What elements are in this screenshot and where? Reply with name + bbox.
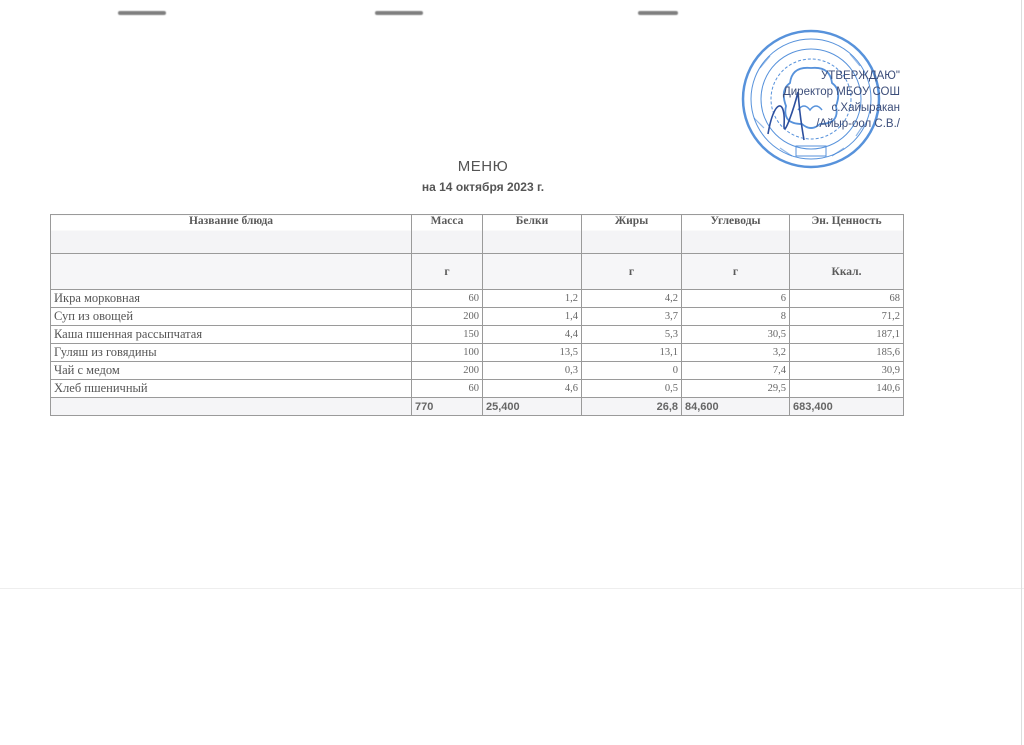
cell-energy: 30,9 xyxy=(790,362,904,380)
total-mass: 770 xyxy=(412,398,483,416)
cell-fat: 0,5 xyxy=(582,380,682,398)
total-energy: 683,400 xyxy=(790,398,904,416)
total-protein: 25,400 xyxy=(483,398,582,416)
approval-position: Директор МБОУ СОШ xyxy=(760,84,900,100)
cell-carbs: 7,4 xyxy=(682,362,790,380)
unit-mass: г xyxy=(412,254,483,290)
approval-signature-name: /Айыр-оол С.В./ xyxy=(760,116,900,132)
scan-artifact xyxy=(118,11,166,15)
cell-name: Гуляш из говядины xyxy=(51,344,412,362)
scan-artifact xyxy=(638,11,678,15)
cell-mass: 200 xyxy=(412,308,483,326)
cell-protein: 1,4 xyxy=(483,308,582,326)
cell-carbs: 30,5 xyxy=(682,326,790,344)
header-protein: Белки xyxy=(483,215,582,254)
scan-artifact xyxy=(0,588,1024,589)
scan-artifact xyxy=(375,11,423,15)
page-edge xyxy=(1021,0,1022,745)
cell-fat: 4,2 xyxy=(582,290,682,308)
unit-fat: г xyxy=(582,254,682,290)
document-date: на 14 октября 2023 г. xyxy=(0,180,966,194)
cell-fat: 0 xyxy=(582,362,682,380)
cell-protein: 1,2 xyxy=(483,290,582,308)
unit-energy: Ккал. xyxy=(790,254,904,290)
cell-name: Икра морковная xyxy=(51,290,412,308)
table-row: Икра морковная601,24,2668 xyxy=(51,290,904,308)
document-title: МЕНЮ xyxy=(0,158,966,175)
header-carbs: Углеводы xyxy=(682,215,790,254)
header-mass: Масса xyxy=(412,215,483,254)
total-fat: 26,8 xyxy=(582,398,682,416)
cell-mass: 60 xyxy=(412,290,483,308)
cell-fat: 3,7 xyxy=(582,308,682,326)
table-row: Суп из овощей2001,43,7871,2 xyxy=(51,308,904,326)
total-carbs: 84,600 xyxy=(682,398,790,416)
units-row: г г г Ккал. xyxy=(51,254,904,290)
cell-name: Суп из овощей xyxy=(51,308,412,326)
cell-protein: 13,5 xyxy=(483,344,582,362)
approval-block: УТВЕРЖДАЮ" Директор МБОУ СОШ с.Хайыракан… xyxy=(760,68,900,132)
cell-name: Каша пшенная рассыпчатая xyxy=(51,326,412,344)
cell-name: Хлеб пшеничный xyxy=(51,380,412,398)
cell-mass: 200 xyxy=(412,362,483,380)
cell-fat: 13,1 xyxy=(582,344,682,362)
table-row: Каша пшенная рассыпчатая1504,45,330,5187… xyxy=(51,326,904,344)
cell-energy: 185,6 xyxy=(790,344,904,362)
table-row: Гуляш из говядины10013,513,13,2185,6 xyxy=(51,344,904,362)
cell-carbs: 29,5 xyxy=(682,380,790,398)
cell-carbs: 6 xyxy=(682,290,790,308)
header-energy: Эн. Ценность xyxy=(790,215,904,254)
cell-mass: 100 xyxy=(412,344,483,362)
cell-name: Чай с медом xyxy=(51,362,412,380)
unit-dish-name xyxy=(51,254,412,290)
cell-protein: 4,4 xyxy=(483,326,582,344)
unit-protein xyxy=(483,254,582,290)
cell-carbs: 8 xyxy=(682,308,790,326)
approval-title: УТВЕРЖДАЮ" xyxy=(760,68,900,84)
cell-protein: 0,3 xyxy=(483,362,582,380)
cell-mass: 60 xyxy=(412,380,483,398)
table-row: Хлеб пшеничный604,60,529,5140,6 xyxy=(51,380,904,398)
header-row: Название блюда Масса Белки Жиры Углеводы… xyxy=(51,215,904,254)
cell-fat: 5,3 xyxy=(582,326,682,344)
total-row: 770 25,400 26,8 84,600 683,400 xyxy=(51,398,904,416)
menu-table: Название блюда Масса Белки Жиры Углеводы… xyxy=(50,214,904,416)
unit-carbs: г xyxy=(682,254,790,290)
header-dish-name: Название блюда xyxy=(51,215,412,254)
header-fat: Жиры xyxy=(582,215,682,254)
cell-energy: 187,1 xyxy=(790,326,904,344)
cell-energy: 140,6 xyxy=(790,380,904,398)
cell-energy: 68 xyxy=(790,290,904,308)
cell-protein: 4,6 xyxy=(483,380,582,398)
approval-location: с.Хайыракан xyxy=(760,100,900,116)
cell-mass: 150 xyxy=(412,326,483,344)
total-label xyxy=(51,398,412,416)
cell-energy: 71,2 xyxy=(790,308,904,326)
cell-carbs: 3,2 xyxy=(682,344,790,362)
table-row: Чай с медом2000,307,430,9 xyxy=(51,362,904,380)
